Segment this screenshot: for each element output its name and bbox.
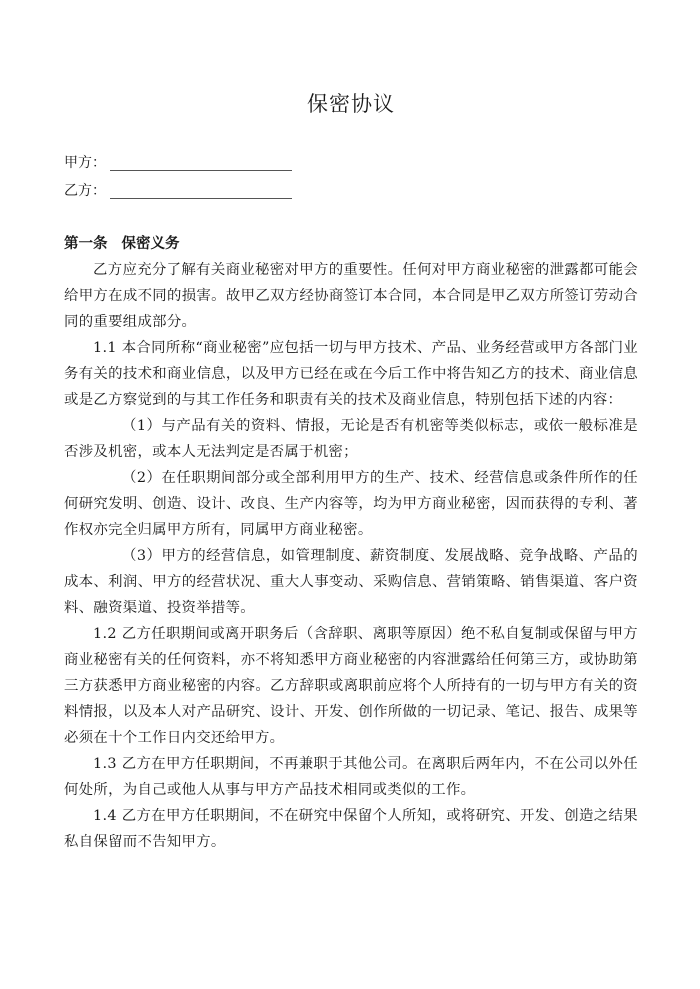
party-b-field: 乙方： — [64, 180, 292, 202]
paragraph-item-1: （1）与产品有关的资料、情报，无论是否有机密等类似标志，或依一般标准是否涉及机密… — [64, 413, 638, 465]
paragraph-1-4: 1.4 乙方在甲方任职期间，不在研究中保留个人所知，或将研究、开发、创造之结果私… — [64, 803, 638, 855]
party-a-signature-line — [110, 156, 292, 171]
article-heading: 第一条保密义务 — [64, 232, 180, 253]
party-b-label: 乙方： — [64, 183, 106, 199]
article-body: 乙方应充分了解有关商业秘密对甲方的重要性。任何对甲方商业秘密的泄露都可能会给甲方… — [64, 257, 638, 855]
paragraph-1-2: 1.2 乙方任职期间或离开职务后（含辞职、离职等原因）绝不私自复制或保留与甲方商… — [64, 621, 638, 751]
paragraph-item-2: （2）在任职期间部分或全部利用甲方的生产、技术、经营信息或条件所作的任何研究发明… — [64, 465, 638, 543]
article-number: 第一条 — [64, 236, 108, 252]
article-title: 保密义务 — [122, 236, 180, 252]
paragraph-1-1: 1.1 本合同所称“商业秘密”应包括一切与甲方技术、产品、业务经营或甲方各部门业… — [64, 335, 638, 413]
party-a-field: 甲方： — [64, 152, 292, 174]
paragraph-item-3: （3）甲方的经营信息，如管理制度、薪资制度、发展战略、竞争战略、产品的成本、利润… — [64, 543, 638, 621]
document-title: 保密协议 — [64, 88, 638, 118]
paragraph-1-3: 1.3 乙方在甲方任职期间，不再兼职于其他公司。在离职后两年内，不在公司以外任何… — [64, 751, 638, 803]
paragraph-intro: 乙方应充分了解有关商业秘密对甲方的重要性。任何对甲方商业秘密的泄露都可能会给甲方… — [64, 257, 638, 335]
party-b-signature-line — [110, 184, 292, 199]
party-a-label: 甲方： — [64, 155, 106, 171]
